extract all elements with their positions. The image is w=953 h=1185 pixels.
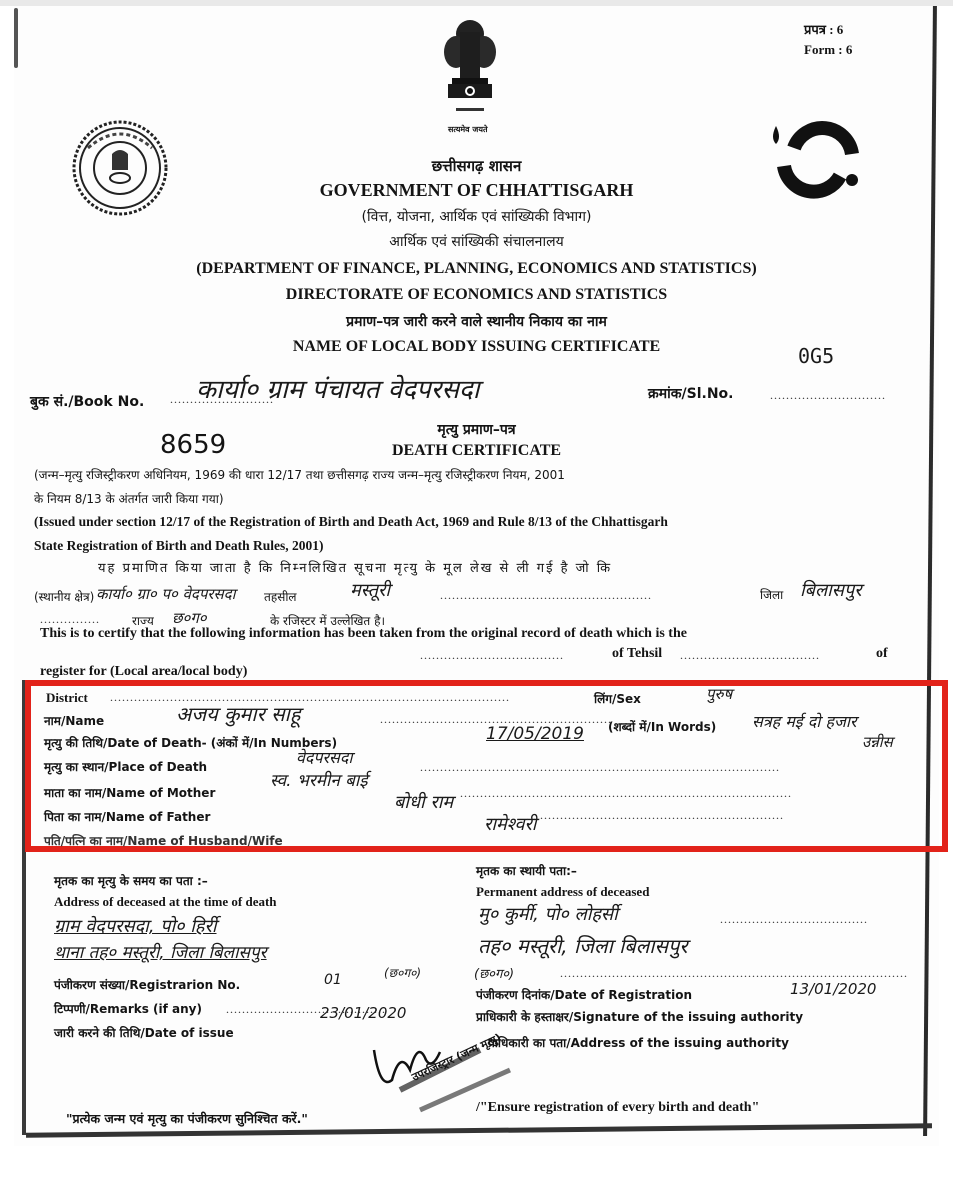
slogan-english: /"Ensure registration of every birth and…	[476, 1100, 759, 1116]
permanent-dots-2: ........................................…	[560, 966, 908, 981]
permanent-dots-1: .....................................	[720, 912, 868, 927]
directorate-english: DIRECTORATE OF ECONOMICS AND STATISTICS	[0, 286, 953, 304]
tehsil-en-dots-1: ....................................	[420, 648, 564, 663]
local-body-code: 0G5	[798, 344, 834, 368]
certify-english-2: register for (Local area/local body)	[40, 664, 247, 680]
mother-dots: ........................................…	[460, 786, 792, 801]
motto: सत्यमेव जयते	[448, 124, 488, 135]
book-no-label: बुक सं./Book No.	[30, 392, 144, 411]
father-value: बोधी राम	[394, 790, 453, 814]
issue-date-label: जारी करने की तिथि/Date of issue	[54, 1024, 234, 1041]
spouse-value: रामेश्वरी	[484, 812, 536, 836]
local-area-label: (स्थानीय क्षेत्र)	[34, 588, 94, 605]
district-label-hindi: जिला	[760, 586, 783, 603]
sex-value: पुरुष	[706, 684, 732, 704]
slogan-hindi: "प्रत्येक जन्म एवं मृत्यु का पंजीकरण सुन…	[66, 1110, 308, 1127]
spouse-label: पति/पत्नि का नाम/Name of Husband/Wife	[44, 832, 283, 849]
registration-date-label: पंजीकरण दिनांक/Date of Registration	[476, 986, 692, 1003]
dept-hindi: (वित्त, योजना, आर्थिक एवं सांख्यिकी विभा…	[0, 207, 953, 226]
mother-value: स्व. भरमीन बाई	[270, 768, 368, 791]
in-words-label: (शब्दों में/In Words)	[608, 718, 716, 735]
state-value: छ०ग०	[172, 608, 207, 628]
tehsil-label: तहसील	[264, 588, 297, 605]
district-label: District	[46, 690, 88, 706]
local-body-hindi: प्रमाण–पत्र जारी करने वाले स्थानीय निकाय…	[0, 312, 953, 331]
form-number-hindi: प्रपत्र : 6	[804, 20, 852, 40]
sl-no-dots: .............................	[770, 388, 886, 403]
issued-under-english-2: State Registration of Birth and Death Ru…	[34, 538, 324, 554]
authority-address-label: प्राधिकारी का पता/Address of the issuing…	[488, 1034, 789, 1051]
state-dots: ...............	[40, 612, 100, 627]
signature-label: प्राधिकारी के हस्ताक्षर/Signature of the…	[476, 1008, 803, 1025]
death-address-state: (छ०ग०)	[384, 964, 421, 981]
tehsil-value: मस्तूरी	[350, 578, 390, 602]
registration-date-value: 13/01/2020	[790, 980, 876, 998]
death-address-line-2: थाना तह० मस्तूरी, जिला बिलासपुर	[54, 940, 267, 963]
issued-under-english-1: (Issued under section 12/17 of the Regis…	[34, 514, 668, 530]
permanent-address-hindi: मृतक का स्थायी पता:–	[476, 862, 577, 879]
directorate-hindi: आर्थिक एवं सांख्यिकी संचालनालय	[0, 232, 953, 251]
of-tehsil-label: of Tehsil	[612, 646, 662, 662]
tehsil-dots: ........................................…	[440, 588, 652, 603]
father-label: पिता का नाम/Name of Father	[44, 808, 210, 825]
book-no-dots: ..........................	[170, 392, 274, 407]
local-area-value: कार्या० ग्रा० प० वेदपरसदा	[96, 584, 236, 604]
certify-hindi-line: यह प्रमाणित किया जाता है कि निम्नलिखित स…	[98, 558, 612, 576]
death-address-english: Address of deceased at the time of death	[54, 894, 277, 910]
remarks-label: टिप्पणी/Remarks (if any)	[54, 1000, 202, 1017]
district-dots: ........................................…	[110, 690, 510, 705]
issue-date-value: 23/01/2020	[320, 1004, 406, 1022]
district-value: बिलासपुर	[800, 578, 862, 602]
father-dots: ........................................…	[540, 808, 784, 823]
certify-english-1: This is to certify that the following in…	[40, 626, 687, 642]
registration-no-label: पंजीकरण संख्या/Registrarion No.	[54, 976, 240, 993]
sl-no-label: क्रमांक/Sl.No.	[648, 384, 733, 403]
registration-no-value: 01	[324, 972, 342, 988]
place-of-death-value: वेदपरसदा	[296, 746, 352, 768]
place-dots: ........................................…	[420, 760, 780, 775]
place-of-death-label: मृत्यु का स्थान/Place of Death	[44, 758, 207, 775]
govt-hindi: छत्तीसगढ़ शासन	[0, 156, 953, 176]
title-english: DEATH CERTIFICATE	[0, 442, 953, 460]
death-address-line-1: ग्राम वेदपरसदा, पो० हिर्री	[54, 914, 217, 938]
death-address-hindi: मृतक का मृत्यु के समय का पता :–	[54, 872, 208, 889]
permanent-address-state: (छ०ग०)	[474, 964, 514, 982]
form-number: प्रपत्र : 6 Form : 6	[804, 20, 852, 60]
paper-edge	[14, 8, 18, 68]
name-value: अजय कुमार साहू	[176, 700, 300, 727]
form-number-english: Form : 6	[804, 40, 852, 60]
title-hindi: मृत्यु प्रमाण–पत्र	[0, 420, 953, 439]
issued-under-hindi-1: (जन्म–मृत्यु रजिस्ट्रीकरण अधिनियम, 1969 …	[34, 466, 565, 483]
mother-label: माता का नाम/Name of Mother	[44, 784, 215, 801]
date-of-death-label: मृत्यु की तिथि/Date of Death- (अंकों में…	[44, 734, 337, 751]
name-label: नाम/Name	[44, 712, 104, 729]
dept-english: (DEPARTMENT OF FINANCE, PLANNING, ECONOM…	[0, 260, 953, 278]
issued-under-hindi-2: के नियम 8/13 के अंतर्गत जारी किया गया)	[34, 490, 224, 507]
permanent-address-line-1: मु० कुर्मी, पो० लोहर्सी	[478, 902, 618, 926]
permanent-address-line-2: तह० मस्तूरी, जिला बिलासपुर	[478, 932, 688, 959]
date-of-death-value: 17/05/2019	[486, 724, 584, 744]
in-words-value: सत्रह मई दो हजार	[752, 710, 857, 732]
sex-label: लिंग/Sex	[594, 690, 641, 707]
permanent-address-english: Permanent address of deceased	[476, 884, 649, 900]
in-words-value-2: उन्नीस	[862, 732, 893, 752]
govt-english: GOVERNMENT OF CHHATTISGARH	[0, 180, 953, 201]
tehsil-en-dots-2: ...................................	[680, 648, 820, 663]
national-emblem-icon	[438, 12, 502, 122]
of-label: of	[876, 646, 888, 662]
